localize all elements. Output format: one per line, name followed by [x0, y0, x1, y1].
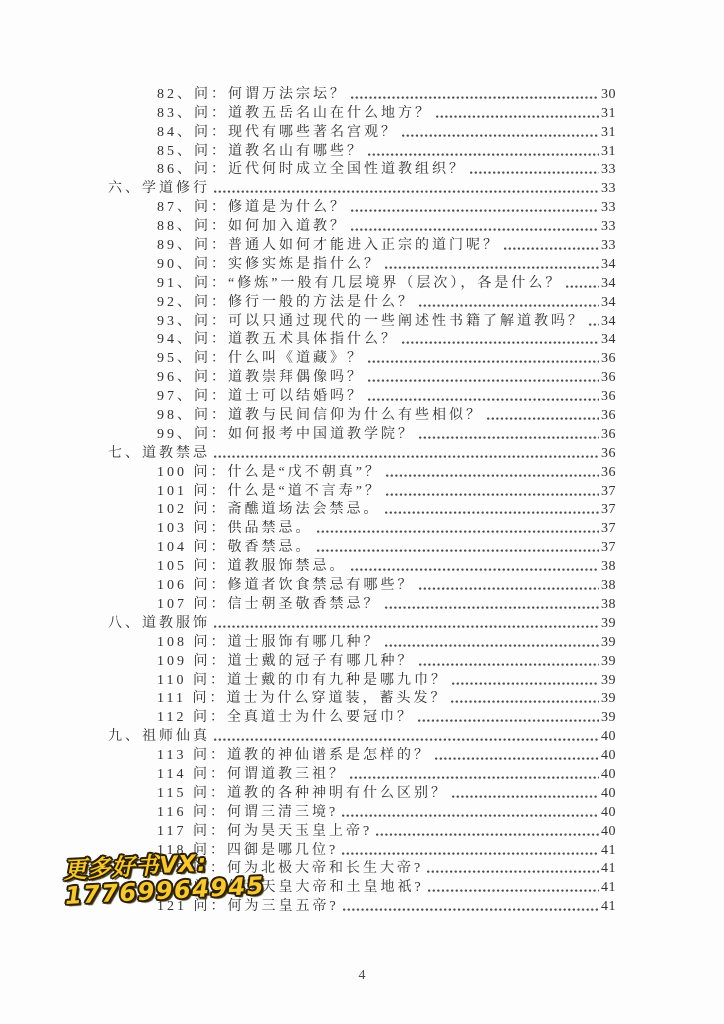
dot-leader	[419, 304, 599, 308]
page-number: 4	[0, 968, 724, 984]
toc-entry-label: 97、问：道士可以结婚吗？	[157, 385, 364, 405]
dot-leader	[386, 493, 599, 497]
dot-leader	[504, 247, 599, 251]
toc-entry-label: 95、问：什么叫《道藏》？	[157, 347, 364, 367]
toc-entry-page: 36	[601, 351, 616, 367]
toc-entry: 99、问：如何报考中国道教学院？ 36	[108, 424, 616, 443]
dot-leader	[451, 700, 599, 704]
toc-section-label: 七、道教禁忌	[108, 442, 210, 462]
toc-section-page: 33	[601, 181, 616, 197]
dot-leader	[419, 587, 600, 591]
toc-entry-page: 36	[601, 427, 616, 443]
toc-section-label: 八、道教服饰	[108, 612, 210, 632]
toc-entry-label: 105 问：道教服饰禁忌。	[157, 555, 347, 575]
toc-entry-page: 39	[601, 691, 616, 707]
toc-entry: 85、问：道教名山有哪些？ 31	[108, 141, 616, 160]
toc-entry-page: 38	[601, 559, 616, 575]
dot-leader	[214, 738, 599, 742]
toc-entry: 112 问：全真道士为什么要冠巾？ 39	[108, 707, 616, 726]
toc-entry-label: 113 问：道教的神仙谱系是怎样的？	[157, 744, 431, 764]
toc-entry: 91、问：“修炼”一般有几层境界（层次），各是什么？ 34	[108, 273, 616, 292]
toc-entry: 90、问：实修实炼是指什么？ 34	[108, 254, 616, 273]
toc-entry-page: 31	[601, 125, 616, 141]
toc-entry-page: 40	[601, 748, 616, 764]
dot-leader	[428, 889, 599, 893]
toc-section: 九、祖师仙真 40	[108, 726, 616, 745]
toc-entry: 103 问：供品禁忌。 37	[108, 518, 616, 537]
toc-entry-page: 39	[601, 673, 616, 689]
toc-entry-label: 104 问：敬香禁忌。	[157, 536, 313, 556]
dot-leader	[342, 814, 599, 818]
toc-entry: 82、问：何谓万法宗坛？ 30	[108, 84, 616, 103]
toc-entry: 87、问：修道是为什么？ 33	[108, 197, 616, 216]
dot-leader	[566, 285, 599, 289]
toc-entry-page: 37	[601, 502, 616, 518]
toc-entry-label: 103 问：供品禁忌。	[157, 517, 313, 537]
toc-entry-page: 34	[601, 295, 616, 311]
toc-entry: 89、问：普通人如何才能进入正宗的道门呢？ 33	[108, 235, 616, 254]
toc-entry-page: 40	[601, 786, 616, 802]
toc-entry-page: 30	[601, 87, 616, 103]
dot-leader	[470, 171, 599, 175]
toc-entry-page: 34	[601, 332, 616, 348]
toc-entry-page: 33	[601, 219, 616, 235]
dot-leader	[317, 549, 600, 553]
toc-entry-label: 100 问：什么是“戊不朝真”？	[157, 461, 382, 481]
dot-leader	[386, 474, 599, 478]
toc-entry: 93、问：可以只通过现代的一些阐述性书籍了解道教吗？ 34	[108, 311, 616, 330]
toc-entry-page: 31	[601, 144, 616, 160]
toc-entry-page: 41	[601, 899, 616, 915]
toc-entry: 111 问：道士为什么穿道装，蓄头发？ 39	[108, 689, 616, 708]
toc-entry-label: 110 问：道士戴的巾有九种是哪九巾？	[157, 669, 448, 689]
toc-entry: 95、问：什么叫《道藏》？ 36	[108, 348, 616, 367]
toc-entry-page: 34	[601, 276, 616, 292]
toc-entry: 101 问：什么是“道不言寿”？ 37	[108, 481, 616, 500]
toc-section-page: 40	[601, 729, 616, 745]
dot-leader	[317, 530, 600, 534]
dot-leader	[368, 153, 599, 157]
toc-entry-label: 89、问：普通人如何才能进入正宗的道门呢？	[157, 234, 500, 254]
toc-entry-page: 41	[601, 843, 616, 859]
toc-entry: 117 问：何为昊天玉皇上帝? 40	[108, 821, 616, 840]
toc-entry-label: 109 问：道士戴的冠子有哪几种？	[157, 650, 415, 670]
dot-leader	[452, 682, 599, 686]
dot-leader	[427, 870, 599, 874]
toc-entry: 114 问：何谓道教三祖？ 40	[108, 764, 616, 783]
dot-leader	[343, 908, 599, 912]
toc-entry: 108 问：道士服饰有哪几种？ 39	[108, 632, 616, 651]
toc-section-page: 36	[601, 446, 616, 462]
dot-leader	[351, 568, 600, 572]
dot-leader	[368, 379, 599, 383]
dot-leader	[350, 776, 599, 780]
toc-entry: 104 问：敬香禁忌。 37	[108, 537, 616, 556]
toc-entry: 86、问：近代何时成立全国性道教组织？ 33	[108, 160, 616, 179]
dot-leader	[351, 209, 599, 213]
toc-section: 六、学道修行 33	[108, 178, 616, 197]
toc-entry-page: 37	[601, 521, 616, 537]
toc-entry-page: 37	[601, 540, 616, 556]
toc-entry-label: 84、问：现代有哪些著名宫观？	[157, 121, 398, 141]
dot-leader	[418, 719, 599, 723]
toc-entry: 109 问：道士戴的冠子有哪几种？ 39	[108, 651, 616, 670]
dot-leader	[452, 795, 599, 799]
toc-entry-label: 98、问：道教与民间信仰为什么有些相似？	[157, 404, 483, 424]
toc-entry-label: 91、问：“修炼”一般有几层境界（层次），各是什么？	[157, 272, 562, 292]
toc-entry: 88、问：如何加入道教？ 33	[108, 216, 616, 235]
toc-entry-label: 114 问：何谓道教三祖？	[157, 763, 346, 783]
toc-entry-page: 34	[601, 257, 616, 273]
toc-section: 八、道教服饰 39	[108, 613, 616, 632]
dot-leader	[214, 190, 599, 194]
dot-leader	[376, 833, 599, 837]
toc-entry: 107 问：信士朝圣敬香禁忌？ 38	[108, 594, 616, 613]
toc-entry: 92、问：修行一般的方法是什么？ 34	[108, 292, 616, 311]
dot-leader	[351, 228, 599, 232]
toc-entry-page: 33	[601, 238, 616, 254]
toc-entry-label: 83、问：道教五岳名山在什么地方？	[157, 102, 432, 122]
toc-entry-label: 92、问：修行一般的方法是什么？	[157, 291, 415, 311]
toc-entry-page: 36	[601, 465, 616, 481]
dot-leader	[436, 115, 599, 119]
toc-section-label: 九、祖师仙真	[108, 725, 210, 745]
dot-leader	[487, 417, 599, 421]
toc-entry: 105 问：道教服饰禁忌。 38	[108, 556, 616, 575]
toc-entry-label: 112 问：全真道士为什么要冠巾？	[157, 706, 414, 726]
watermark: 更多好书VX: 17769964945	[63, 849, 266, 910]
toc-entry: 110 问：道士戴的巾有九种是哪九巾？ 39	[108, 670, 616, 689]
toc-entry-label: 87、问：修道是为什么？	[157, 196, 347, 216]
toc-entry: 96、问：道教崇拜偶像吗？ 36	[108, 367, 616, 386]
toc-entry: 98、问：道教与民间信仰为什么有些相似？ 36	[108, 405, 616, 424]
toc-entry: 113 问：道教的神仙谱系是怎样的？ 40	[108, 745, 616, 764]
toc-entry: 102 问：斋醮道场法会禁忌。 37	[108, 500, 616, 519]
dot-leader	[385, 606, 600, 610]
toc-entry-page: 41	[601, 880, 616, 896]
toc-entry-page: 37	[601, 484, 616, 500]
toc-entry-page: 33	[601, 200, 616, 216]
toc-section-page: 39	[601, 616, 616, 632]
toc-entry-page: 40	[601, 767, 616, 783]
toc-entry: 94、问：道教五术具体指什么？ 34	[108, 330, 616, 349]
toc-entry-label: 102 问：斋醮道场法会禁忌。	[157, 498, 381, 518]
toc-entry-page: 40	[601, 805, 616, 821]
toc-entry-label: 115 问：道教的各种神明有什么区别？	[157, 782, 448, 802]
toc-entry-page: 33	[601, 162, 616, 178]
toc-entry-label: 94、问：道教五术具体指什么？	[157, 328, 398, 348]
toc-entry: 100 问：什么是“戊不朝真”？ 36	[108, 462, 616, 481]
toc-entry-page: 40	[601, 824, 616, 840]
dot-leader	[368, 360, 599, 364]
dot-leader	[351, 96, 599, 100]
toc-entry-label: 101 问：什么是“道不言寿”？	[157, 480, 382, 500]
toc-entry: 84、问：现代有哪些著名宫观？ 31	[108, 122, 616, 141]
toc-entry: 83、问：道教五岳名山在什么地方？ 31	[108, 103, 616, 122]
toc-entry-page: 38	[601, 578, 616, 594]
toc-entry-page: 38	[601, 597, 616, 613]
toc-entry-label: 117 问：何为昊天玉皇上帝?	[157, 820, 372, 840]
dot-leader	[402, 341, 599, 345]
toc-entry-label: 99、问：如何报考中国道教学院？	[157, 423, 415, 443]
toc-entry: 97、问：道士可以结婚吗？ 36	[108, 386, 616, 405]
toc-entry-label: 111 问：道士为什么穿道装，蓄头发？	[157, 687, 447, 707]
toc-list: 82、问：何谓万法宗坛？ 30 83、问：道教五岳名山在什么地方？ 31 84、…	[108, 84, 616, 915]
dot-leader	[435, 757, 599, 761]
toc-entry-label: 116 问：何谓三清三境?	[157, 801, 338, 821]
dot-leader	[368, 398, 599, 402]
toc-entry-page: 34	[601, 314, 616, 330]
dot-leader	[402, 134, 599, 138]
toc-entry-label: 82、问：何谓万法宗坛？	[157, 83, 347, 103]
toc-entry: 106 问：修道者饮食禁忌有哪些？ 38	[108, 575, 616, 594]
toc-entry-page: 36	[601, 389, 616, 405]
toc-entry-page: 36	[601, 408, 616, 424]
toc-entry: 116 问：何谓三清三境? 40	[108, 802, 616, 821]
toc-entry-page: 39	[601, 654, 616, 670]
toc-entry-label: 85、问：道教名山有哪些？	[157, 140, 364, 160]
toc-entry-label: 107 问：信士朝圣敬香禁忌？	[157, 593, 381, 613]
toc-entry-page: 31	[601, 106, 616, 122]
dot-leader	[589, 323, 599, 327]
toc-entry-page: 36	[601, 370, 616, 386]
toc-entry-label: 88、问：如何加入道教？	[157, 215, 347, 235]
toc-entry-label: 93、问：可以只通过现代的一些阐述性书籍了解道教吗？	[157, 310, 585, 330]
toc-section: 七、道教禁忌 36	[108, 443, 616, 462]
dot-leader	[419, 663, 600, 667]
document-page: 82、问：何谓万法宗坛？ 30 83、问：道教五岳名山在什么地方？ 31 84、…	[0, 0, 724, 1024]
toc-entry-page: 39	[601, 635, 616, 651]
toc-entry-label: 96、问：道教崇拜偶像吗？	[157, 366, 364, 386]
toc-section-label: 六、学道修行	[108, 177, 210, 197]
toc-entry-label: 108 问：道士服饰有哪几种？	[157, 631, 381, 651]
toc-entry-label: 86、问：近代何时成立全国性道教组织？	[157, 158, 466, 178]
dot-leader	[214, 455, 599, 459]
toc-entry-label: 106 问：修道者饮食禁忌有哪些？	[157, 574, 415, 594]
toc-entry-page: 41	[601, 861, 616, 877]
toc-entry-page: 39	[601, 710, 616, 726]
toc-entry-label: 90、问：实修实炼是指什么？	[157, 253, 381, 273]
dot-leader	[342, 852, 599, 856]
toc-entry: 115 问：道教的各种神明有什么区别？ 40	[108, 783, 616, 802]
dot-leader	[385, 644, 600, 648]
dot-leader	[214, 625, 599, 629]
dot-leader	[385, 511, 600, 515]
dot-leader	[385, 266, 599, 270]
dot-leader	[419, 436, 599, 440]
